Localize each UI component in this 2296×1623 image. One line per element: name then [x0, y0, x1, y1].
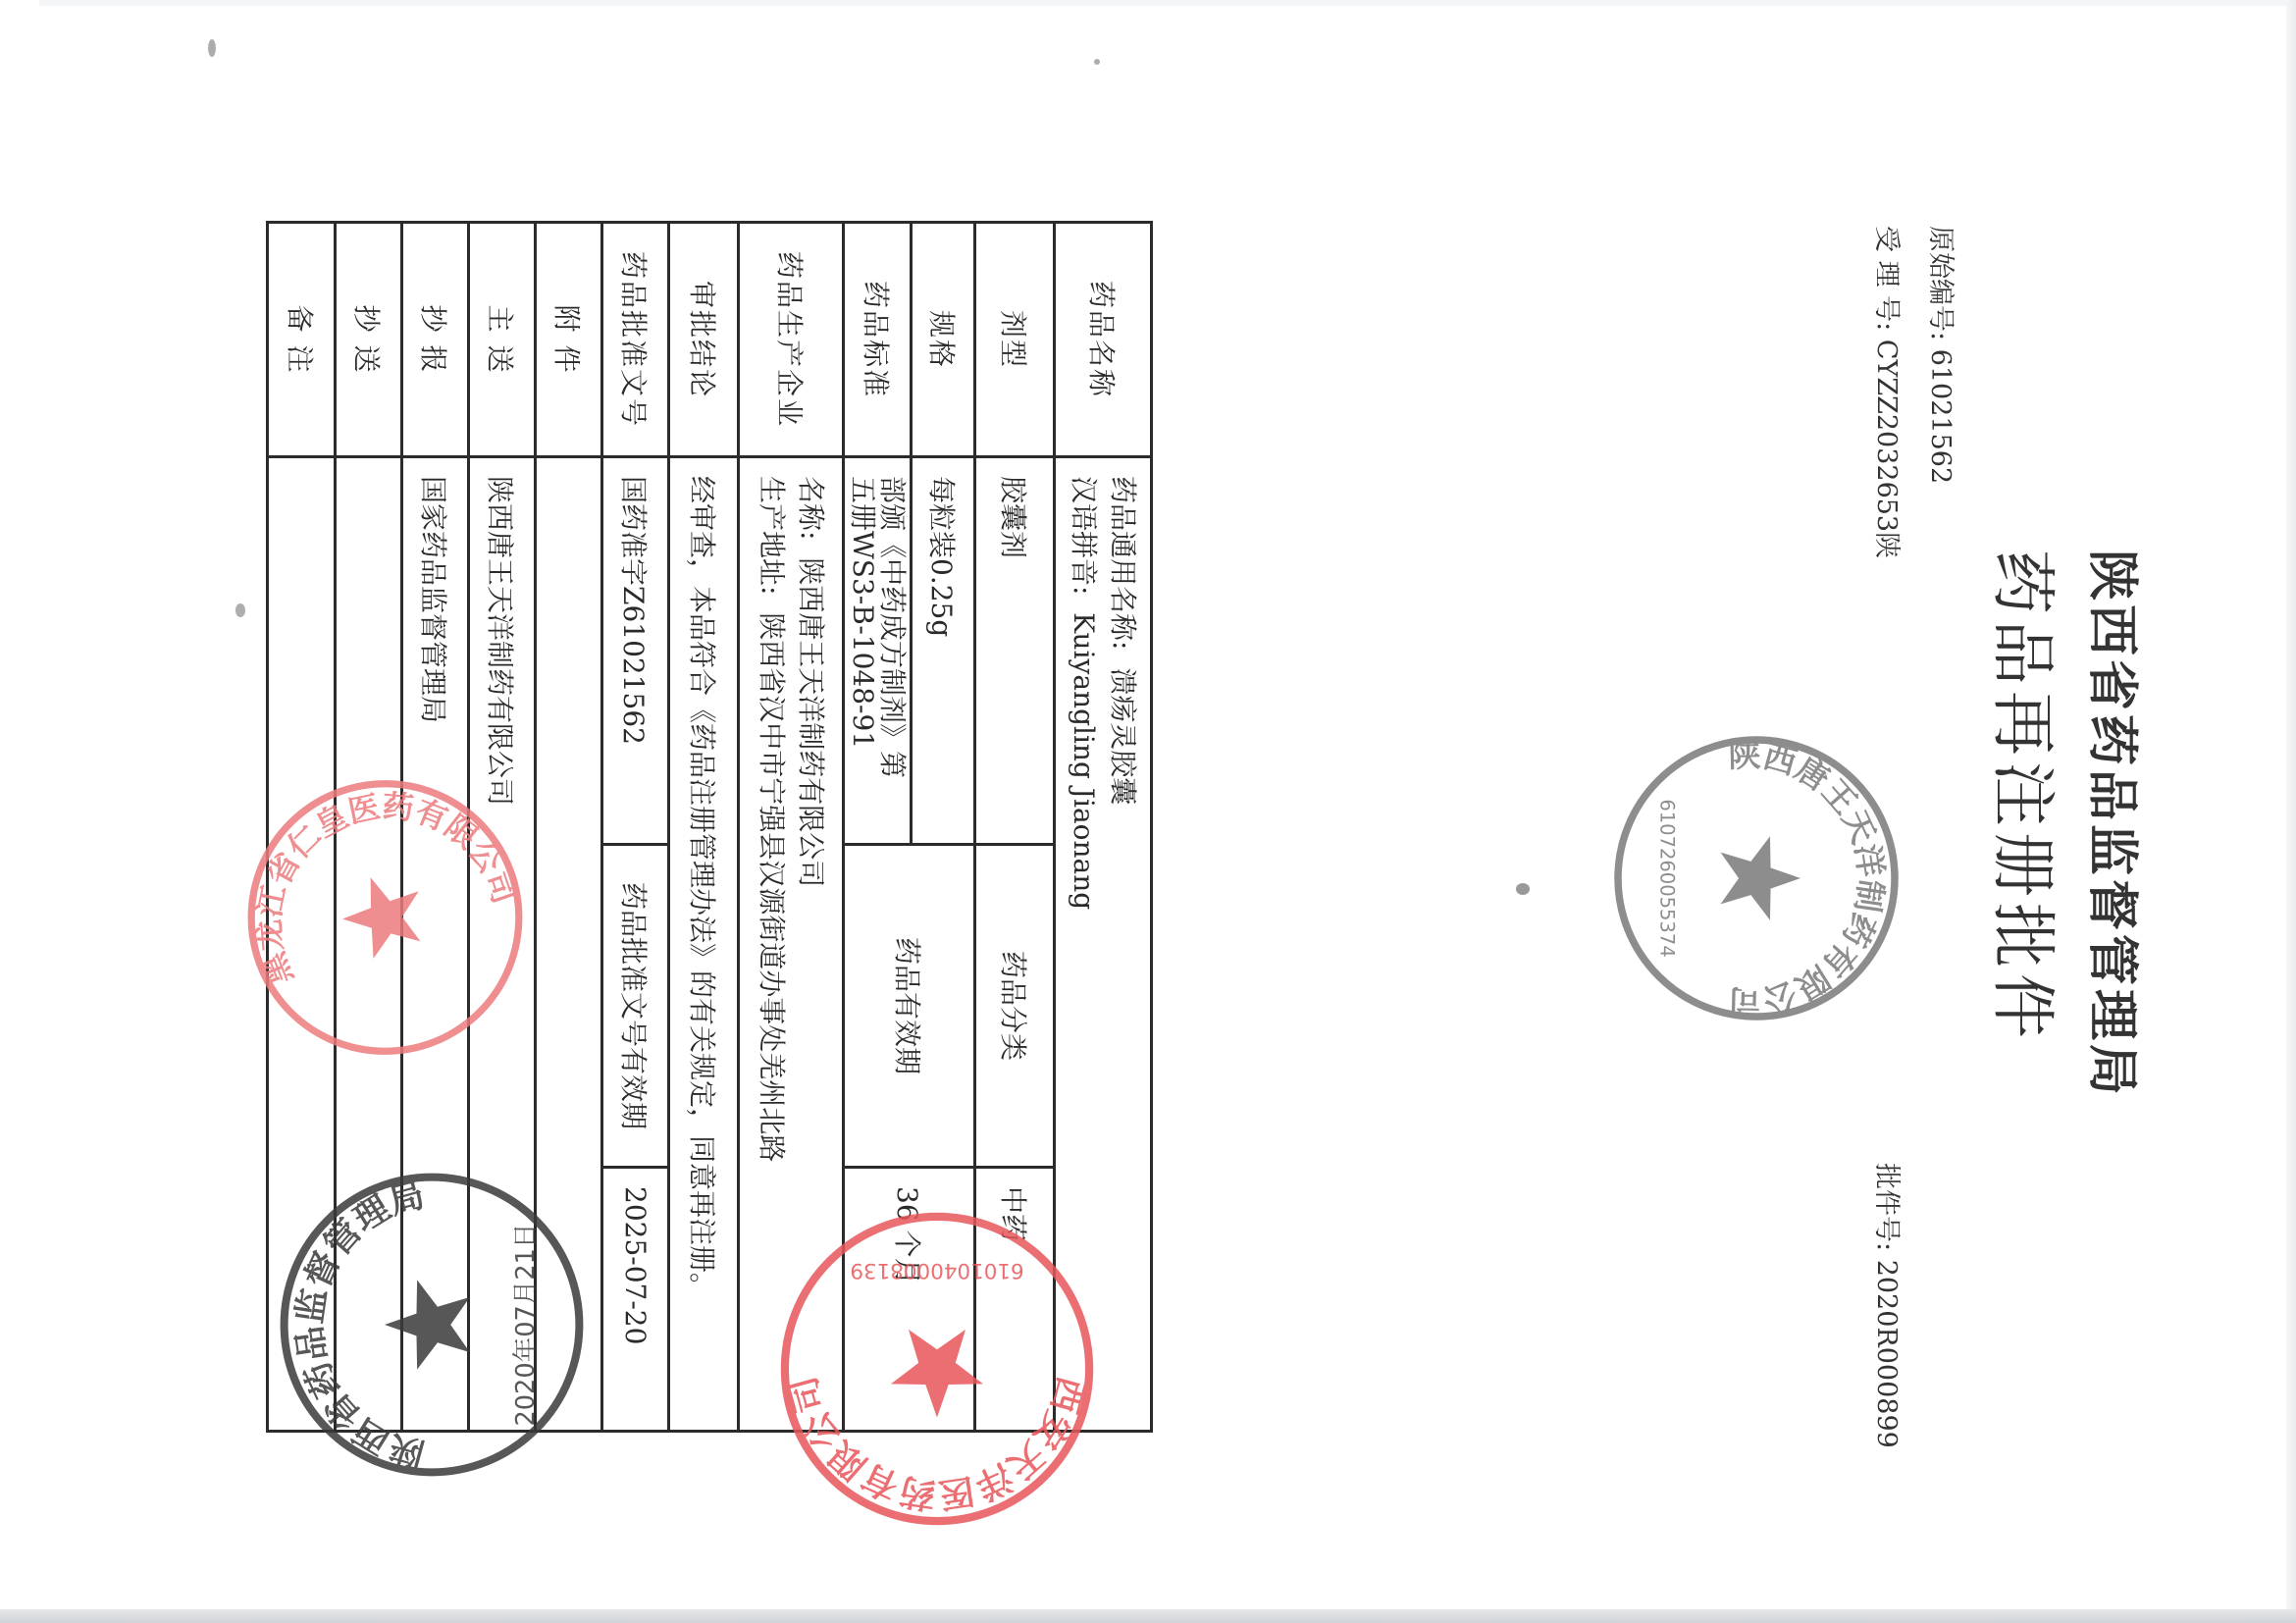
label-main-recipient: 主 送 [469, 223, 536, 457]
label-copy-to: 抄 送 [336, 223, 402, 457]
label-standard: 药品标准 [844, 223, 912, 457]
label-approval-doc: 药品批准文号 [602, 223, 669, 457]
manufacturer-address-value: 陕西省汉中市宁强县汉源街道办事处羌州北路 [756, 612, 788, 1162]
original-number-value: 61021562 [1925, 349, 1956, 484]
label-drug-category: 药品分类 [975, 845, 1055, 1168]
value-conclusion: 经审查，本品符合《药品注册管理办法》的有关规定，同意再注册。 [669, 457, 739, 1432]
star-icon [1721, 836, 1800, 920]
label-conclusion: 审批结论 [669, 223, 739, 457]
acceptance-number-value: CYZZ2032653陕 [1871, 340, 1902, 558]
generic-name-label: 药品通用名称: [1107, 476, 1139, 650]
approval-number-label: 批件号: [1871, 1163, 1902, 1251]
label-manufacturer: 药品生产企业 [739, 223, 844, 457]
label-dosage-form: 剂型 [975, 223, 1055, 457]
acceptance-number: 受 理 号: CYZZ2032653陕 [1870, 226, 1908, 558]
star-icon [385, 1280, 470, 1369]
value-specification: 每粒装0.25g [912, 457, 975, 845]
label-report-to: 抄 报 [402, 223, 469, 457]
row-approval-doc: 药品批准文号 国药准字Z61021562 药品批准文号有效期 2025-07-2… [602, 223, 669, 1432]
company-seal-gray-stamp: 陕西唐王天洋制药有限公司6107260055374 [1609, 731, 1904, 1025]
row-conclusion: 审批结论 经审查，本品符合《药品注册管理办法》的有关规定，同意再注册。 [669, 223, 739, 1432]
manufacturer-name-label: 名称: [795, 476, 827, 540]
document-title: 药品再注册批件 [1982, 550, 2075, 1044]
value-approval-doc: 国药准字Z61021562 [602, 457, 669, 845]
svg-text:6107260055374: 6107260055374 [1656, 799, 1679, 957]
label-drug-name: 药品名称 [1055, 223, 1152, 457]
label-remarks: 备 注 [268, 223, 336, 457]
pinyin-value: Kuiyangling Jiaonang [1068, 612, 1100, 910]
original-number-label: 原始编号: [1925, 226, 1956, 340]
label-attachment: 附 件 [536, 223, 602, 457]
stamp-graphic: 陕西省药品监督管理局2020年07月21日 [275, 1168, 589, 1482]
label-shelf-life: 药品有效期 [844, 845, 975, 1168]
agency-name: 陕西省药品监督管理局 [2080, 550, 2154, 1099]
approval-number-value: 2020R000899 [1871, 1260, 1902, 1448]
approval-number: 批件号: 2020R000899 [1870, 1163, 1908, 1448]
stamp-graphic: 西安天洋医药有限公司6101040008139 [775, 1207, 1099, 1531]
manufacturer-name-value: 陕西唐王天洋制药有限公司 [795, 557, 827, 887]
hospital-seal-red-stamp: 黑龙江省仁皇医药有限公司 [231, 775, 540, 1060]
acceptance-number-label: 受 理 号: [1871, 226, 1902, 331]
company-seal-red-stamp: 西安天洋医药有限公司6101040008139 [775, 1207, 1099, 1531]
standard-line-1: 部颁《中药成方制剂》第 [877, 476, 907, 825]
value-dosage-form: 胶囊剂 [975, 457, 1055, 845]
generic-name-line: 药品通用名称: 溃疡灵胶囊 [1103, 476, 1142, 1412]
stamp-graphic: 陕西唐王天洋制药有限公司6107260055374 [1609, 731, 1904, 1025]
stamp-graphic: 黑龙江省仁皇医药有限公司 [231, 775, 540, 1060]
value-approval-validity: 2025-07-20 [602, 1168, 669, 1432]
pinyin-label: 汉语拼音: [1068, 476, 1100, 595]
label-specification: 规格 [912, 223, 975, 457]
manufacturer-address-label: 生产地址: [756, 476, 788, 595]
generic-name-value: 溃疡灵胶囊 [1107, 667, 1139, 805]
original-number: 原始编号: 61021562 [1924, 226, 1962, 484]
svg-text:2020年07月21日: 2020年07月21日 [511, 1223, 541, 1426]
star-icon [333, 864, 436, 964]
standard-line-2: 五册WS3-B-1048-91 [848, 476, 877, 825]
label-approval-validity: 药品批准文号有效期 [602, 845, 669, 1168]
value-standard: 部颁《中药成方制剂》第 五册WS3-B-1048-91 [844, 457, 912, 845]
star-icon [891, 1330, 983, 1418]
agency-seal-stamp: 陕西省药品监督管理局2020年07月21日 [275, 1168, 589, 1482]
svg-text:6101040008139: 6101040008139 [850, 1258, 1023, 1283]
